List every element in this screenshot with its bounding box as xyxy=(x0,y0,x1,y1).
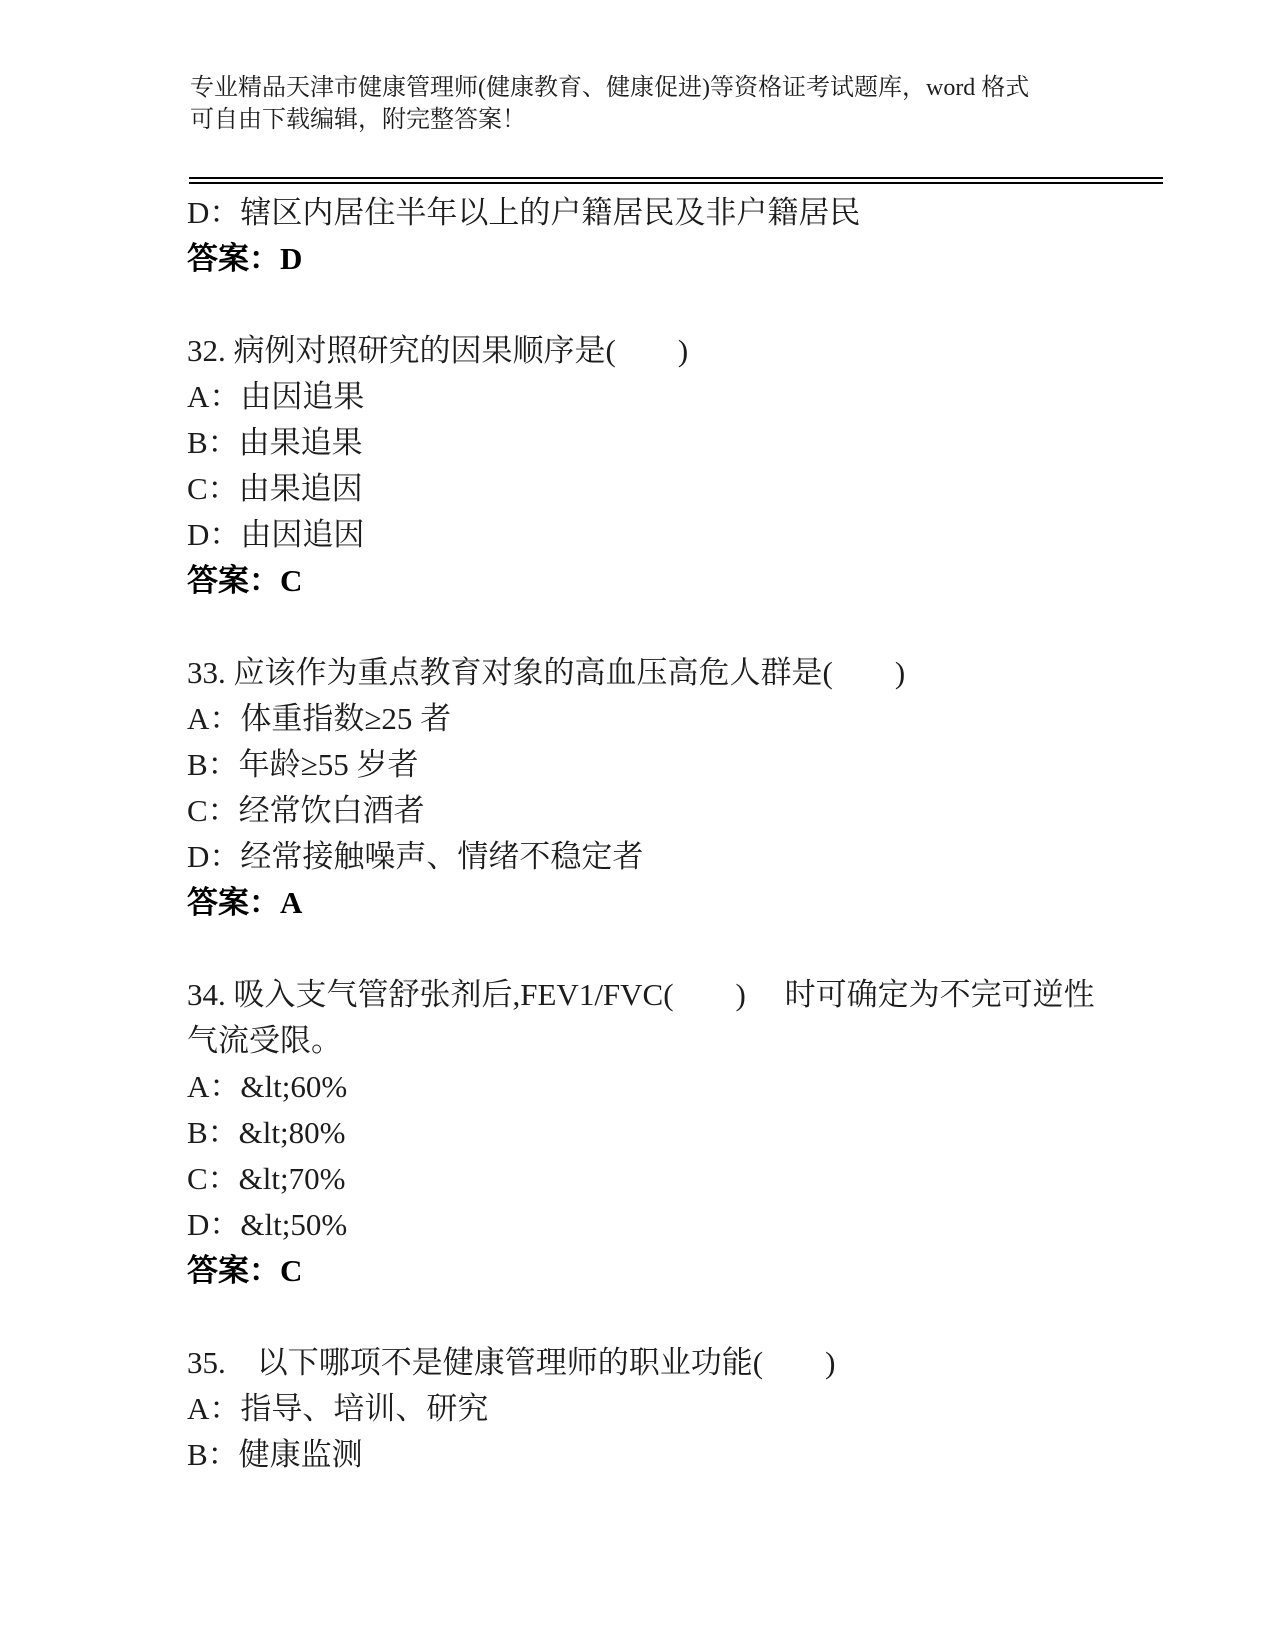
answer-line: 答案：C xyxy=(187,1248,1117,1294)
answer-line: 答案：D xyxy=(187,236,1117,282)
page-header: 专业精品天津市健康管理师(健康教育、健康促进)等资格证考试题库，word 格式 … xyxy=(190,72,1050,136)
document-page: 专业精品天津市健康管理师(健康教育、健康促进)等资格证考试题库，word 格式 … xyxy=(0,0,1275,1650)
question-stem: 34. 吸入支气管舒张剂后,FEV1/FVC( ) 时可确定为不完可逆性 气流受… xyxy=(187,972,1117,1064)
option-line-b: B：&lt;80% xyxy=(187,1110,1117,1156)
header-line-1: 专业精品天津市健康管理师(健康教育、健康促进)等资格证考试题库，word 格式 xyxy=(190,72,1050,104)
carryover-answer-block: D：辖区内居住半年以上的户籍居民及非户籍居民 答案：D xyxy=(187,190,1117,282)
question-35: 35. 以下哪项不是健康管理师的职业功能( ) A：指导、培训、研究 B：健康监… xyxy=(187,1340,1117,1478)
question-34: 34. 吸入支气管舒张剂后,FEV1/FVC( ) 时可确定为不完可逆性 气流受… xyxy=(187,972,1117,1294)
option-line-d: D：经常接触噪声、情绪不稳定者 xyxy=(187,834,1117,880)
option-line-d: D：&lt;50% xyxy=(187,1202,1117,1248)
header-divider xyxy=(189,177,1163,184)
option-line-a: A：体重指数≥25 者 xyxy=(187,696,1117,742)
option-line-d: D：由因追因 xyxy=(187,512,1117,558)
option-line-b: B：健康监测 xyxy=(187,1432,1117,1478)
question-32: 32. 病例对照研究的因果顺序是( ) A：由因追果 B：由果追果 C：由果追因… xyxy=(187,328,1117,604)
option-line-b: B：年龄≥55 岁者 xyxy=(187,742,1117,788)
header-line-2: 可自由下载编辑，附完整答案！ xyxy=(190,104,1050,136)
answer-line: 答案：C xyxy=(187,558,1117,604)
option-line-a: A：由因追果 xyxy=(187,374,1117,420)
option-line-c: C：由果追因 xyxy=(187,466,1117,512)
option-line-a: A：指导、培训、研究 xyxy=(187,1386,1117,1432)
option-line-c: C：经常饮白酒者 xyxy=(187,788,1117,834)
document-body: D：辖区内居住半年以上的户籍居民及非户籍居民 答案：D 32. 病例对照研究的因… xyxy=(187,190,1117,1478)
answer-line: 答案：A xyxy=(187,880,1117,926)
option-line-c: C：&lt;70% xyxy=(187,1156,1117,1202)
option-line-a: A：&lt;60% xyxy=(187,1064,1117,1110)
question-33: 33. 应该作为重点教育对象的高血压高危人群是( ) A：体重指数≥25 者 B… xyxy=(187,650,1117,926)
option-line-d: D：辖区内居住半年以上的户籍居民及非户籍居民 xyxy=(187,190,1117,236)
question-stem: 33. 应该作为重点教育对象的高血压高危人群是( ) xyxy=(187,650,1117,696)
option-line-b: B：由果追果 xyxy=(187,420,1117,466)
question-stem: 32. 病例对照研究的因果顺序是( ) xyxy=(187,328,1117,374)
question-stem: 35. 以下哪项不是健康管理师的职业功能( ) xyxy=(187,1340,1117,1386)
